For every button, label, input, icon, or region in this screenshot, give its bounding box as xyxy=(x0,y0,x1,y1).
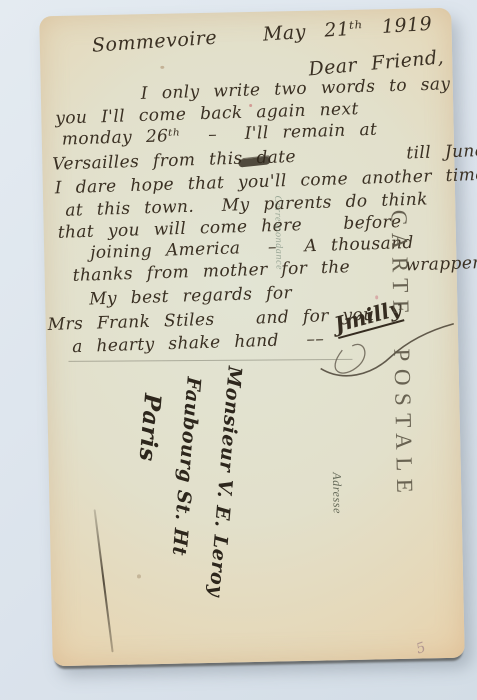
pencil-mark: 5 xyxy=(414,640,428,658)
correspondence-label: Correspondance xyxy=(272,195,285,270)
address-label: Adresse xyxy=(329,472,345,514)
closing-line: a hearty shake hand –– xyxy=(72,329,325,357)
divider-line xyxy=(68,359,352,362)
dateline: Sommevoire May 21ᵗʰ 1919 xyxy=(91,13,433,57)
paper-speck xyxy=(160,66,164,69)
paper-speck xyxy=(249,104,252,107)
postcard: Sommevoire May 21ᵗʰ 1919 Dear Friend, I … xyxy=(39,8,465,666)
pen-stroke xyxy=(94,509,114,652)
message-line: My best regards for xyxy=(89,283,292,309)
paper-speck xyxy=(137,574,141,578)
address-block: Monsieur V. E. Leroy Faubourg St. Ht Par… xyxy=(116,358,255,597)
paper-speck xyxy=(375,295,378,299)
card-title: CARTE POSTALE xyxy=(385,210,417,501)
photo-background: Sommevoire May 21ᵗʰ 1919 Dear Friend, I … xyxy=(0,0,477,700)
dateline-date: May 21ᵗʰ 1919 xyxy=(262,13,433,46)
message-line: Mrs Frank Stiles and for you xyxy=(47,305,374,335)
message-line: I only write two words to say xyxy=(141,74,451,104)
dateline-place: Sommevoire xyxy=(91,27,217,57)
